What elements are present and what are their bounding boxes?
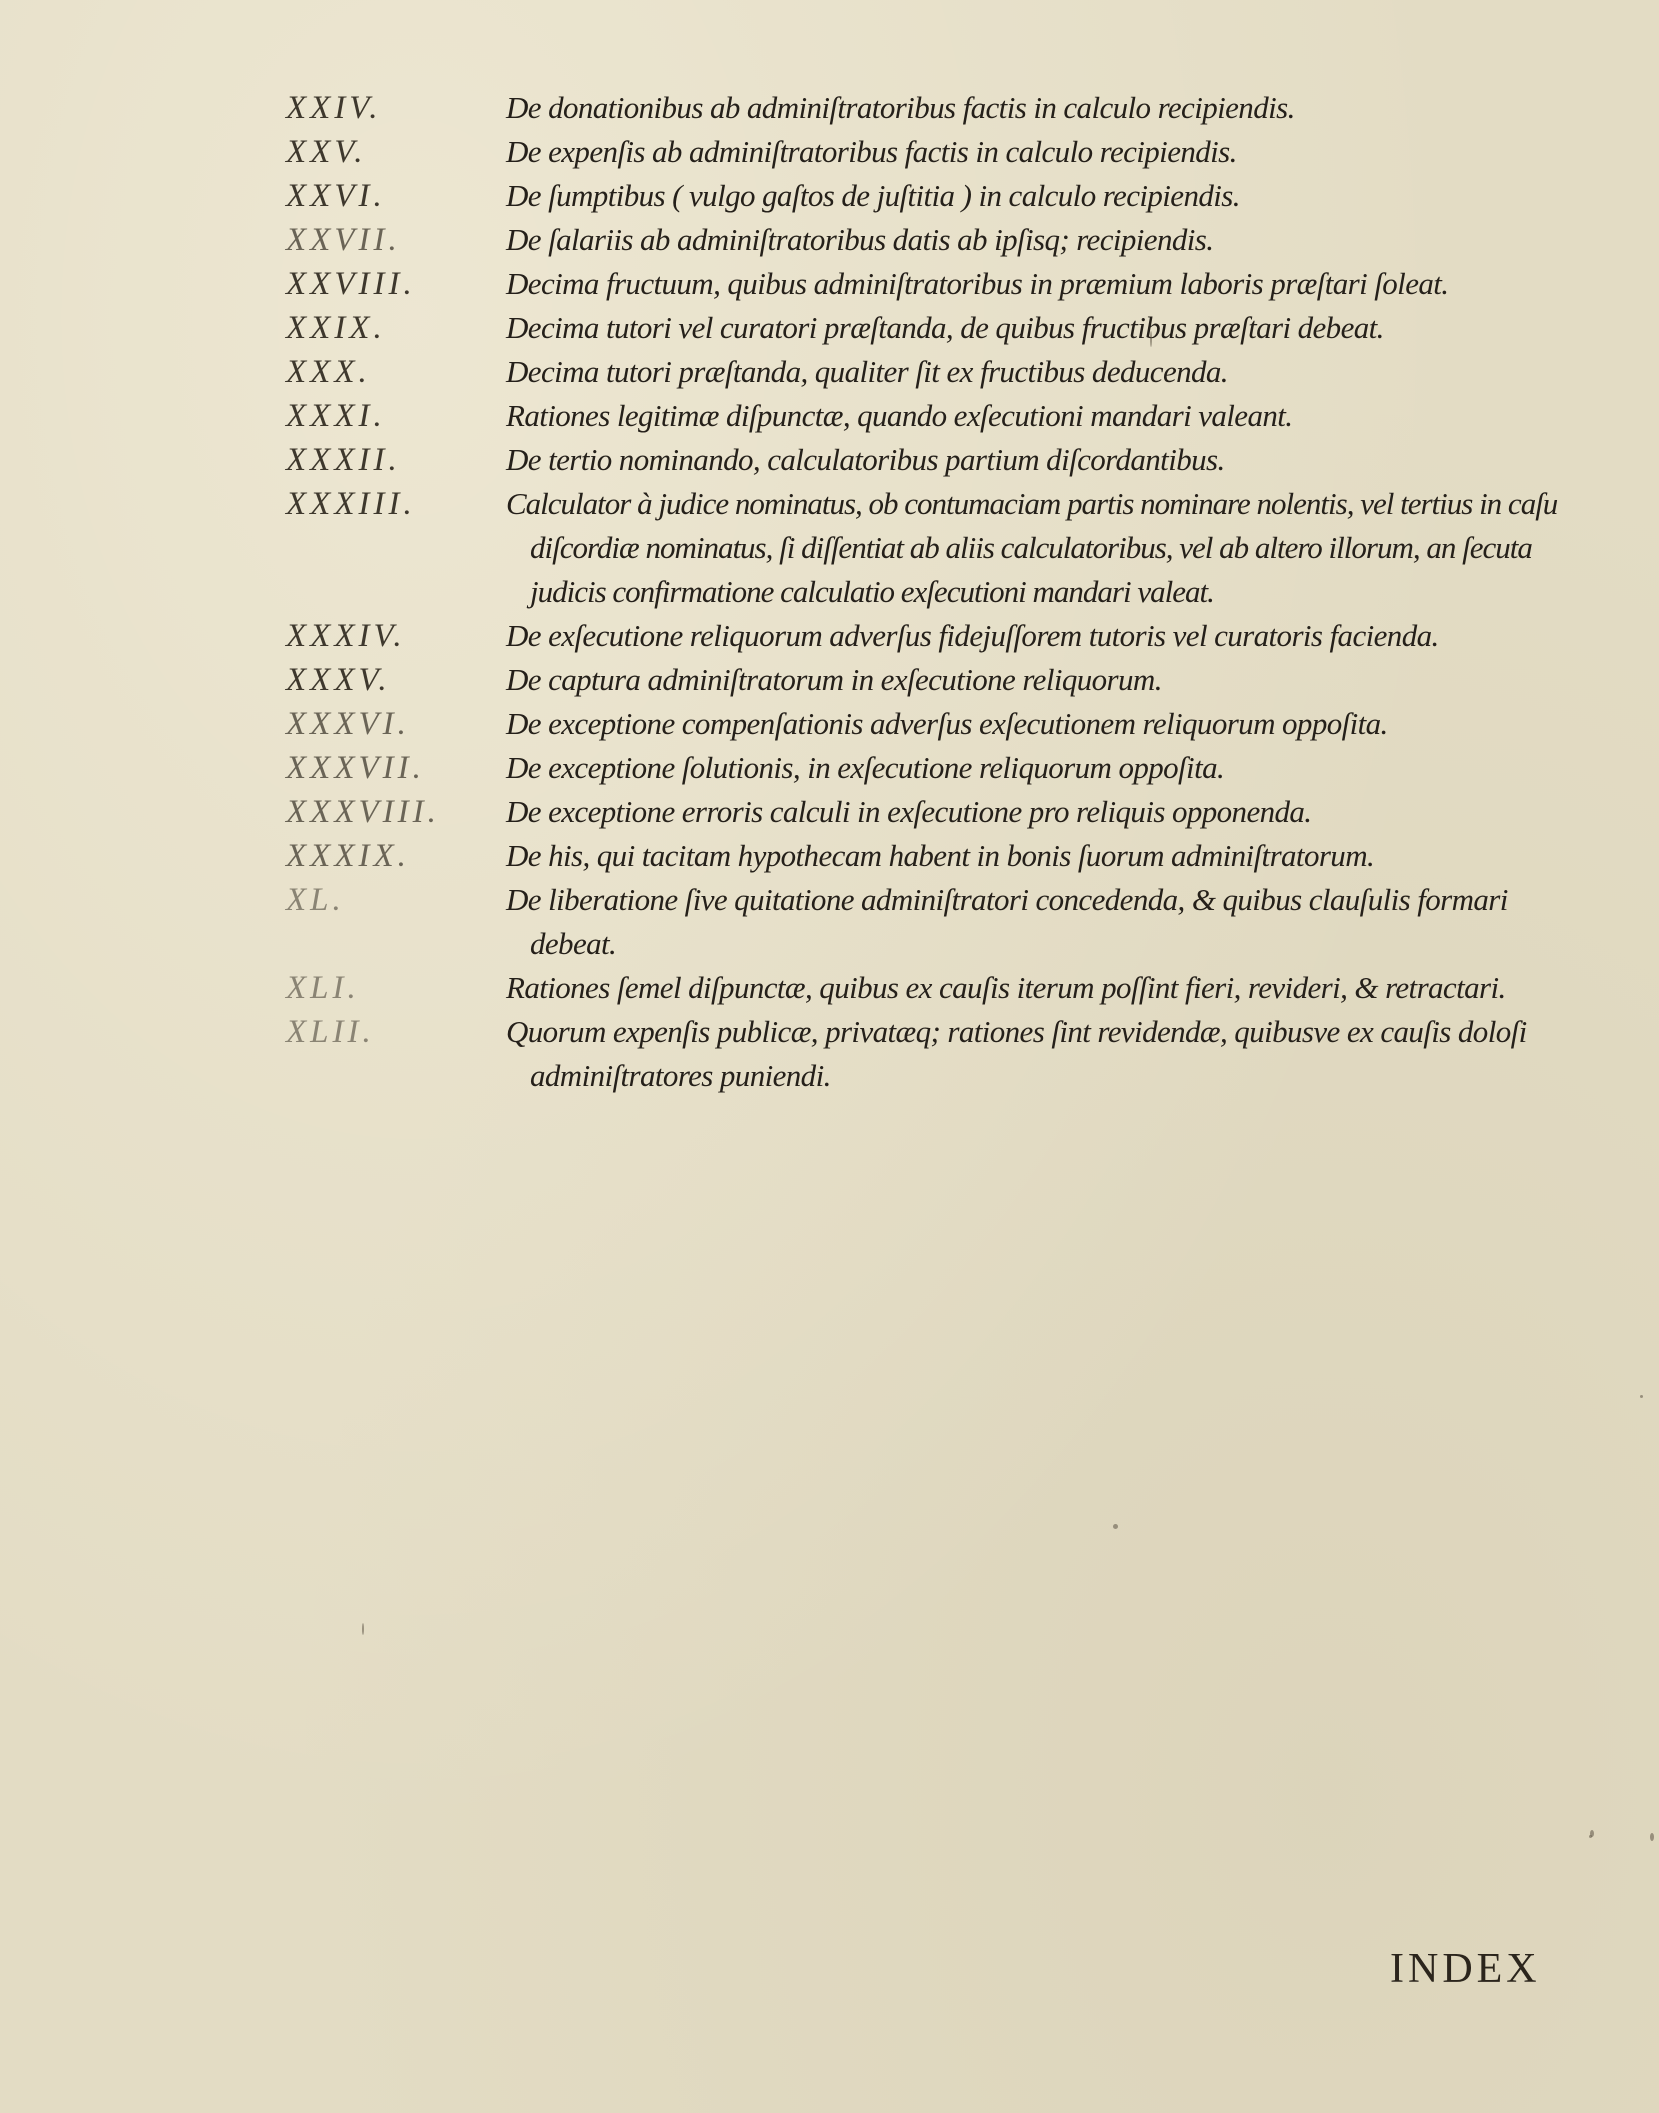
chapter-numeral: XL. [286,878,482,922]
paper-speck [1650,1833,1654,1841]
toc-entry: XXX. Decima tutori præſtanda, qualiter ſ… [286,350,1586,394]
toc-entry: XXXIII. Calculator à judice nominatus, o… [286,482,1586,614]
chapter-numeral: XXXIX. [286,834,482,878]
chapter-title: Decima fructuum, quibus adminiſtratoribu… [506,262,1586,306]
chapter-title: De liberatione ſive quitatione adminiſtr… [506,878,1586,966]
toc-entry: XXXI. Rationes legitimæ diſpunctæ, quand… [286,394,1586,438]
chapter-numeral: XXX. [286,350,482,394]
chapter-numeral: XXVIII. [286,262,482,306]
toc-entry: XXXV. De captura adminiſtratorum in exſe… [286,658,1586,702]
chapter-title: De donationibus ab adminiſtratoribus fac… [506,86,1586,130]
toc-entry: XXVI. De ſumptibus ( vulgo gaſtos de juſ… [286,174,1586,218]
chapter-title: Calculator à judice nominatus, ob contum… [506,482,1586,614]
chapter-numeral: XXXIII. [286,482,482,526]
chapter-numeral: XXXVII. [286,746,482,790]
chapter-title: De expenſis ab adminiſtratoribus factis … [506,130,1586,174]
toc-entry: XXIX. Decima tutori vel curatori præſtan… [286,306,1586,350]
table-of-contents: XXIV. De donationibus ab adminiſtratorib… [286,86,1586,1098]
book-page: XXIV. De donationibus ab adminiſtratorib… [0,0,1659,2113]
chapter-title: Quorum expenſis publicæ, privatæq; ratio… [506,1010,1586,1098]
chapter-numeral: XXVI. [286,174,482,218]
toc-entry: XXXIX. De his, qui tacitam hypothecam ha… [286,834,1586,878]
toc-entry: XXVII. De ſalariis ab adminiſtratoribus … [286,218,1586,262]
chapter-numeral: XXXII. [286,438,482,482]
chapter-title: De tertio nominando, calculatoribus part… [506,438,1586,482]
catchword: INDEX [1390,1945,1541,1993]
chapter-title: De ſumptibus ( vulgo gaſtos de juſtitia … [506,174,1586,218]
toc-entry: XXXVI. De exceptione compenſationis adve… [286,702,1586,746]
chapter-title: Rationes legitimæ diſpunctæ, quando exſe… [506,394,1586,438]
paper-speck [1150,331,1152,347]
toc-entry: XXVIII. Decima fructuum, quibus adminiſt… [286,262,1586,306]
paper-speck [1589,1835,1592,1838]
chapter-title: De exceptione compenſationis adverſus ex… [506,702,1586,746]
chapter-title: Rationes ſemel diſpunctæ, quibus ex cauſ… [506,966,1586,1010]
chapter-title: De exceptione erroris calculi in exſecut… [506,790,1586,834]
toc-entry: XXXVII. De exceptione ſolutionis, in exſ… [286,746,1586,790]
chapter-title: De captura adminiſtratorum in exſecution… [506,658,1586,702]
chapter-numeral: XXXVI. [286,702,482,746]
chapter-title: De his, qui tacitam hypothecam habent in… [506,834,1586,878]
chapter-title: Decima tutori vel curatori præſtanda, de… [506,306,1586,350]
paper-speck [362,1623,364,1635]
chapter-numeral: XXXI. [286,394,482,438]
chapter-title: Decima tutori præſtanda, qualiter ſit ex… [506,350,1586,394]
chapter-numeral: XXV. [286,130,482,174]
chapter-title: De ſalariis ab adminiſtratoribus datis a… [506,218,1586,262]
chapter-numeral: XXXVIII. [286,790,482,834]
toc-entry: XLII. Quorum expenſis publicæ, privatæq;… [286,1010,1586,1098]
toc-entry: XL. De liberatione ſive quitatione admin… [286,878,1586,966]
chapter-numeral: XXIX. [286,306,482,350]
chapter-title: De exſecutione reliquorum adverſus fidej… [506,614,1586,658]
chapter-numeral: XXXIV. [286,614,482,658]
toc-entry: XXV. De expenſis ab adminiſtratoribus fa… [286,130,1586,174]
chapter-numeral: XXIV. [286,86,482,130]
chapter-numeral: XXXV. [286,658,482,702]
chapter-numeral: XLI. [286,966,482,1010]
toc-entry: XXIV. De donationibus ab adminiſtratorib… [286,86,1586,130]
toc-entry: XXXVIII. De exceptione erroris calculi i… [286,790,1586,834]
chapter-numeral: XXVII. [286,218,482,262]
paper-speck [1640,1395,1643,1398]
chapter-numeral: XLII. [286,1010,482,1054]
chapter-title: De exceptione ſolutionis, in exſecutione… [506,746,1586,790]
toc-entry: XXXII. De tertio nominando, calculatorib… [286,438,1586,482]
toc-entry: XXXIV. De exſecutione reliquorum adverſu… [286,614,1586,658]
paper-speck [1113,1524,1118,1529]
toc-entry: XLI. Rationes ſemel diſpunctæ, quibus ex… [286,966,1586,1010]
